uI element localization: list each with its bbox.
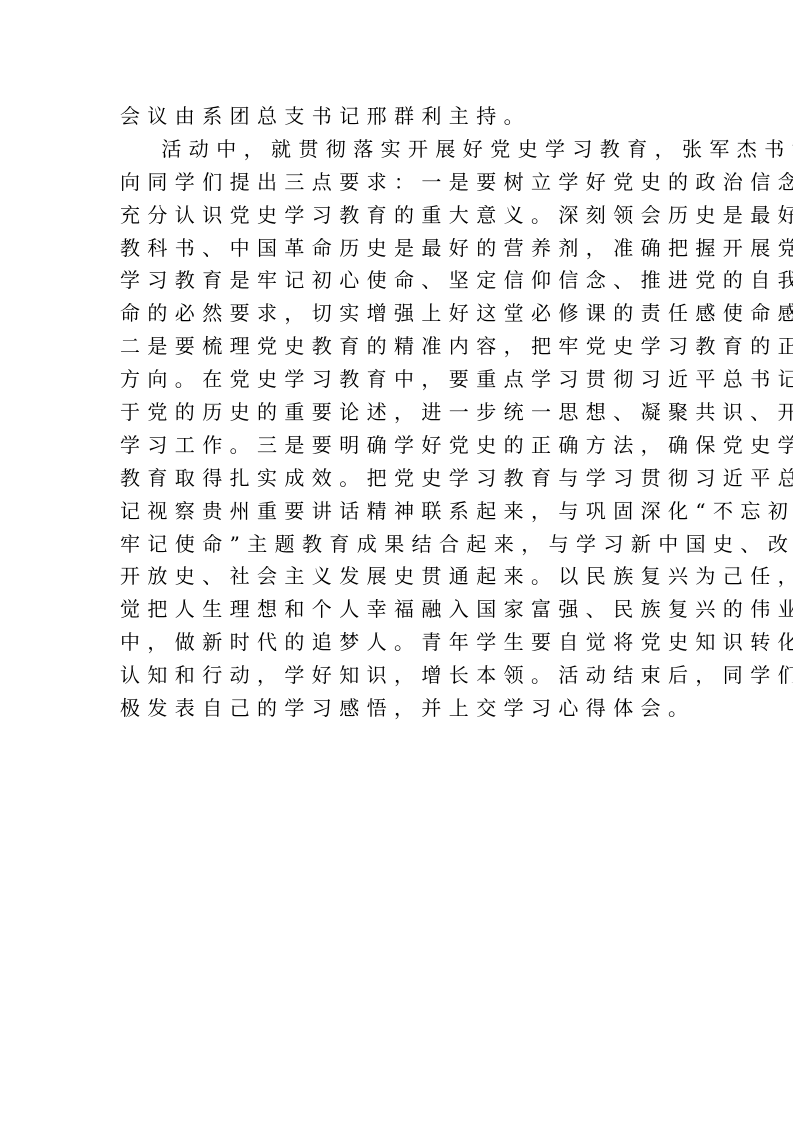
text-line-5: 教科书、中国革命历史是最好的营养剂，准确把握开展党史	[120, 232, 676, 265]
text-line-11: 学习工作。三是要明确学好党史的正确方法，确保党史学习	[120, 429, 676, 462]
text-line-9: 方向。在党史学习教育中，要重点学习贯彻习近平总书记关	[120, 363, 676, 396]
text-line-6: 学习教育是牢记初心使命、坚定信仰信念、推进党的自我革	[120, 264, 676, 297]
text-line-17: 中，做新时代的追梦人。青年学生要自觉将党史知识转化成	[120, 626, 676, 659]
text-line-13: 记视察贵州重要讲话精神联系起来，与巩固深化“不忘初心、	[120, 495, 676, 528]
text-line-1: 会议由系团总支书记邢群利主持。	[120, 100, 676, 133]
text-line-12: 教育取得扎实成效。把党史学习教育与学习贯彻习近平总书	[120, 462, 676, 495]
text-line-19: 极发表自己的学习感悟，并上交学习心得体会。	[120, 692, 676, 725]
text-line-15: 开放史、社会主义发展史贯通起来。以民族复兴为己任，自	[120, 560, 676, 593]
text-line-10: 于党的历史的重要论述，进一步统一思想、凝聚共识、开展	[120, 396, 676, 429]
text-line-14: 牢记使命”主题教育成果结合起来，与学习新中国史、改革	[120, 528, 676, 561]
text-line-3: 向同学们提出三点要求：一是要树立学好党史的政治信念，	[120, 166, 676, 199]
text-line-4: 充分认识党史学习教育的重大意义。深刻领会历史是最好的	[120, 199, 676, 232]
text-line-8: 二是要梳理党史教育的精准内容，把牢党史学习教育的正确	[120, 330, 676, 363]
text-line-18: 认知和行动，学好知识，增长本领。活动结束后，同学们积	[120, 659, 676, 692]
text-line-2: 活动中，就贯彻落实开展好党史学习教育，张军杰书记	[120, 133, 676, 166]
text-line-16: 觉把人生理想和个人幸福融入国家富强、民族复兴的伟业之	[120, 593, 676, 626]
text-line-7: 命的必然要求，切实增强上好这堂必修课的责任感使命感。	[120, 297, 676, 330]
document-page: 会议由系团总支书记邢群利主持。 活动中，就贯彻落实开展好党史学习教育，张军杰书记…	[120, 100, 676, 725]
